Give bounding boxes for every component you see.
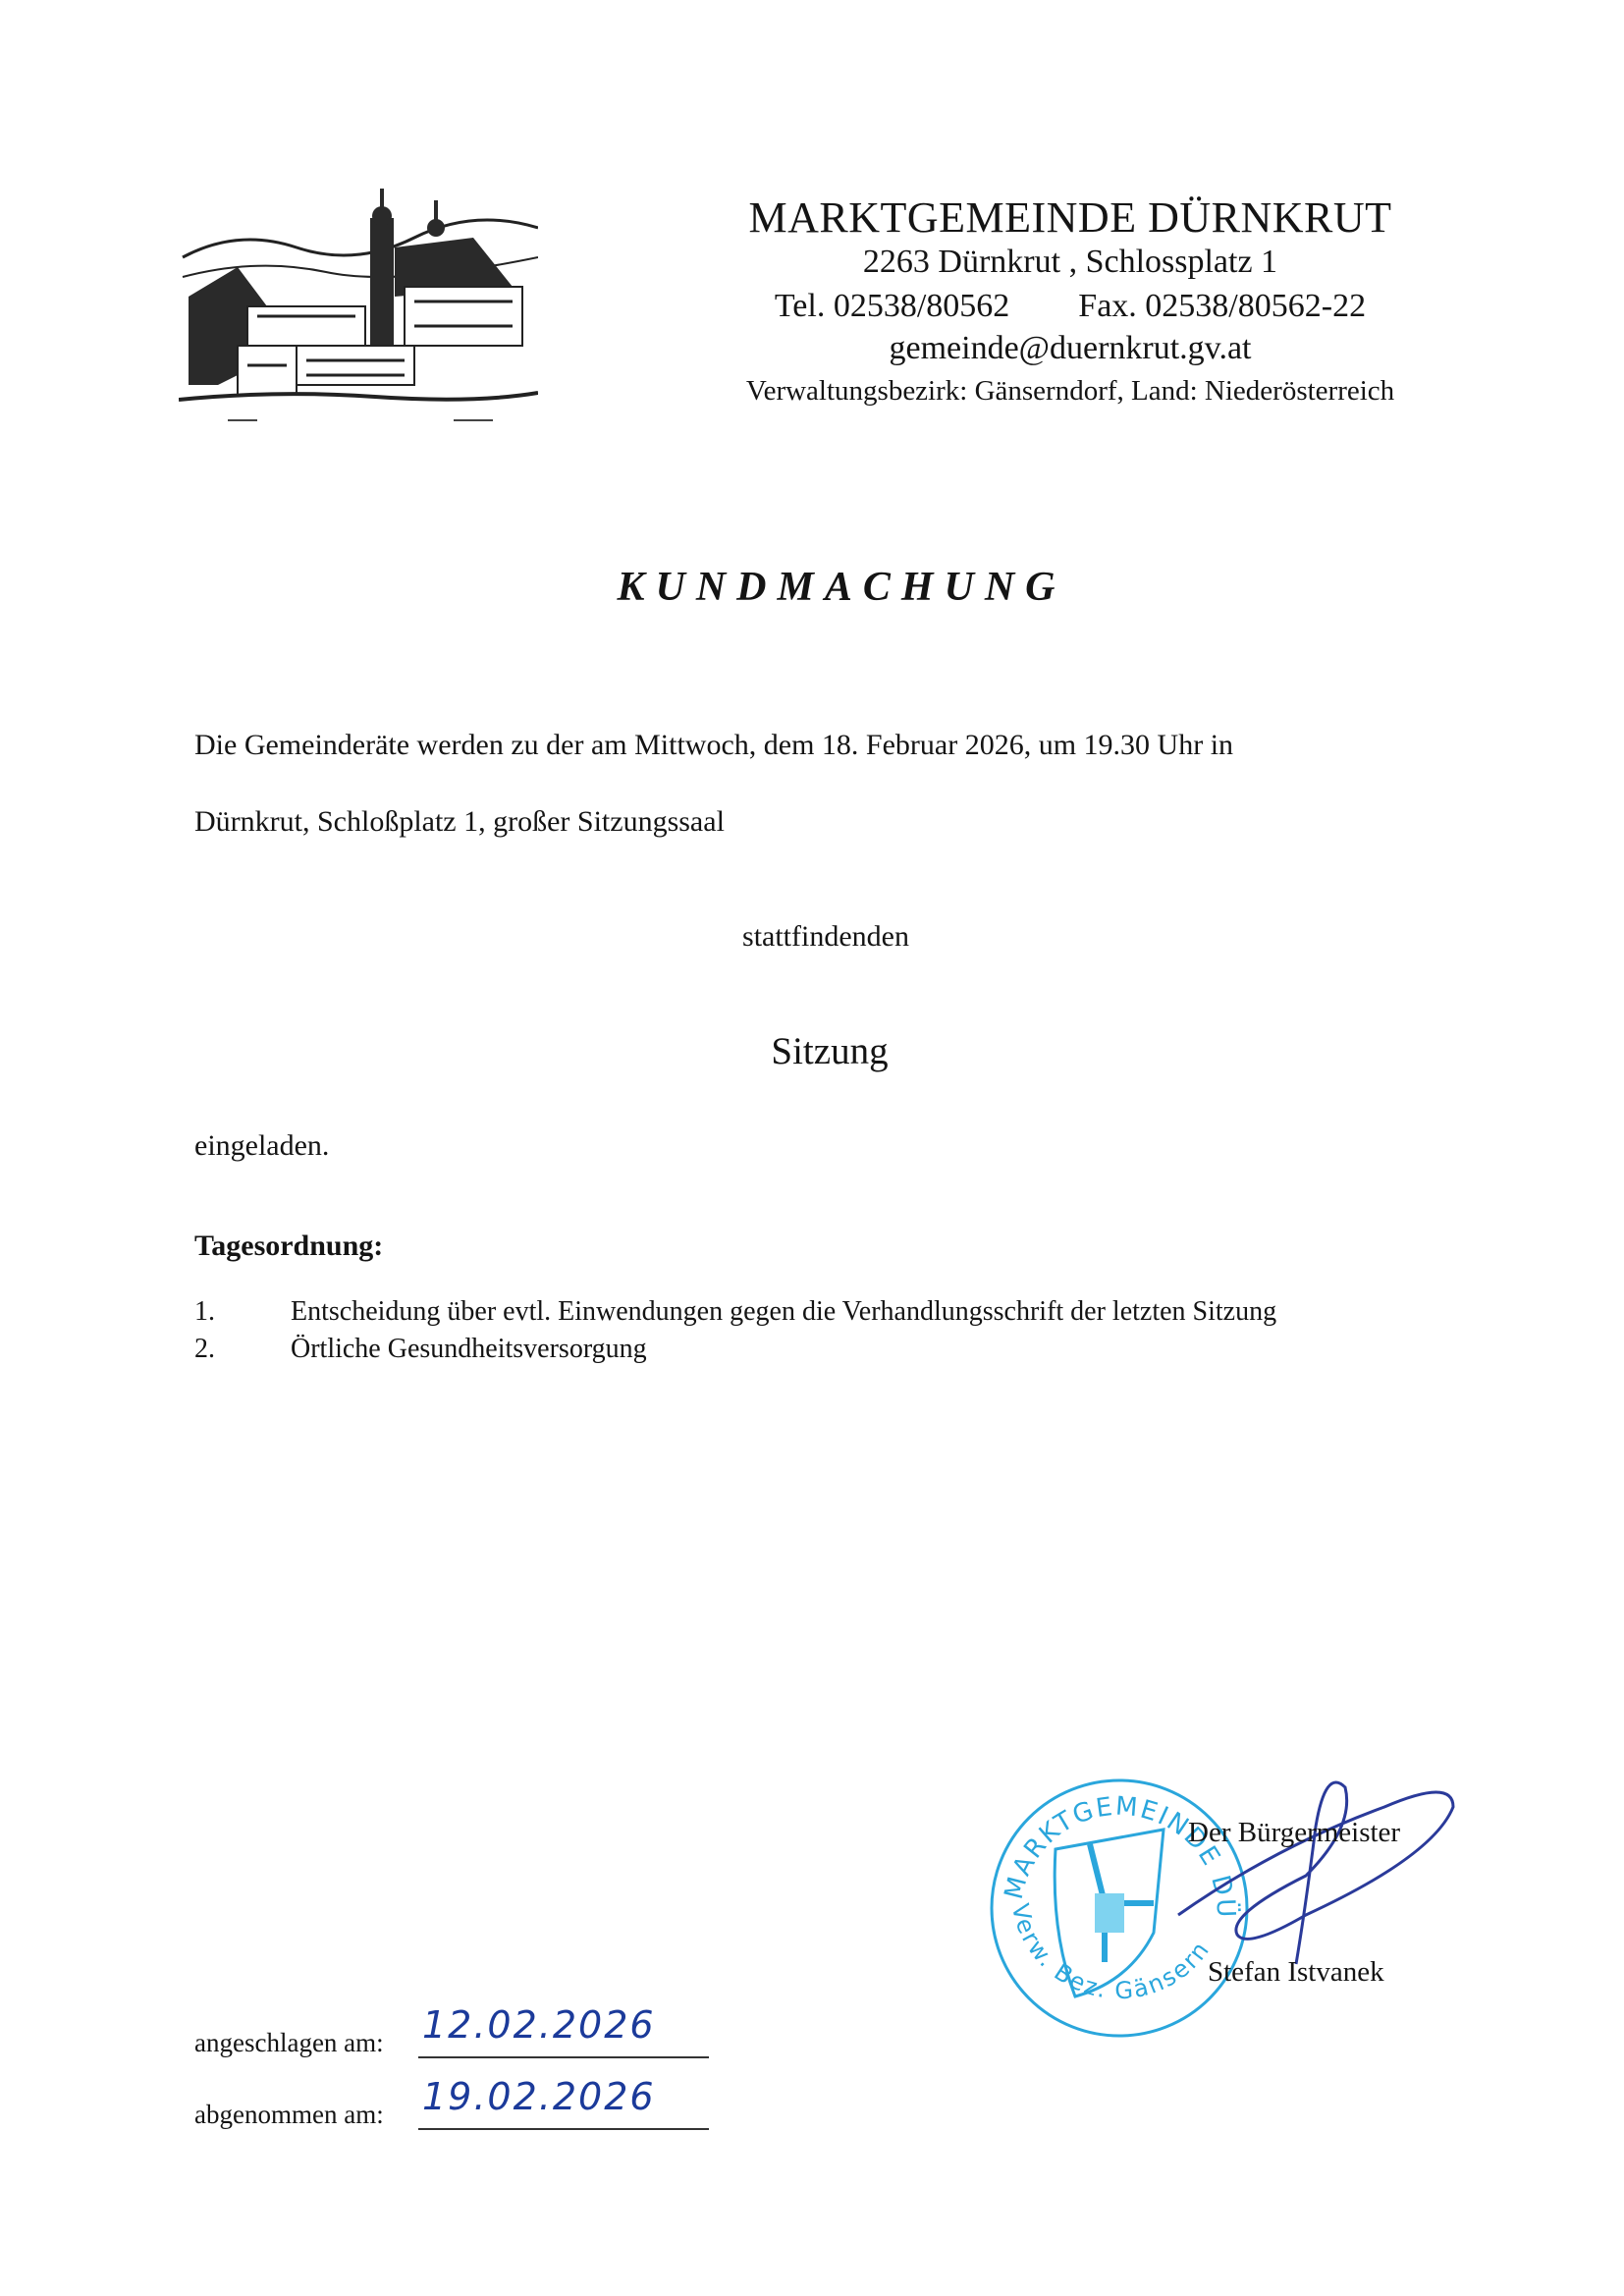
- phone-number: Tel. 02538/80562: [775, 288, 1009, 324]
- fax-number: Fax. 02538/80562-22: [1078, 288, 1366, 324]
- contact-phone-fax: Tel. 02538/80562Fax. 02538/80562-22: [628, 288, 1512, 325]
- removed-date: 19.02.2026: [422, 2075, 656, 2118]
- invitation-line-2: Dürnkrut, Schloßplatz 1, großer Sitzungs…: [194, 805, 725, 839]
- agenda-item: Örtliche Gesundheitsversorgung: [291, 1334, 647, 1365]
- agenda-item-number: 2.: [194, 1334, 215, 1365]
- invitation-closing: eingeladen.: [194, 1129, 329, 1163]
- agenda-item: Entscheidung über evtl. Einwendungen geg…: [291, 1296, 1276, 1328]
- agenda-item-number: 1.: [194, 1296, 215, 1328]
- signatory-role: Der Bürgermeister: [1188, 1817, 1400, 1849]
- signatory-name: Stefan Istvanek: [1208, 1956, 1384, 1989]
- removed-date-line: [418, 2128, 709, 2130]
- district-info: Verwaltungsbezirk: Gänserndorf, Land: Ni…: [589, 375, 1551, 408]
- invitation-stattfindenden: stattfindenden: [0, 920, 1624, 954]
- castle-engraving-icon: [179, 189, 538, 430]
- agenda-title: Tagesordnung:: [194, 1230, 383, 1263]
- meeting-type: Sitzung: [0, 1029, 1624, 1073]
- posted-date-line: [418, 2056, 709, 2058]
- email-address: gemeinde@duernkrut.gv.at: [628, 330, 1512, 367]
- municipality-address: 2263 Dürnkrut , Schlossplatz 1: [628, 244, 1512, 281]
- document-heading: KUNDMACHUNG: [0, 564, 1624, 611]
- municipality-name: MARKTGEMEINDE DÜRNKRUT: [628, 192, 1512, 243]
- posted-date: 12.02.2026: [422, 2003, 656, 2047]
- signature-scribble-icon: [1159, 1768, 1473, 1984]
- posted-label: angeschlagen am:: [194, 2028, 384, 2058]
- removed-label: abgenommen am:: [194, 2100, 384, 2130]
- invitation-line-1: Die Gemeinderäte werden zu der am Mittwo…: [194, 729, 1233, 762]
